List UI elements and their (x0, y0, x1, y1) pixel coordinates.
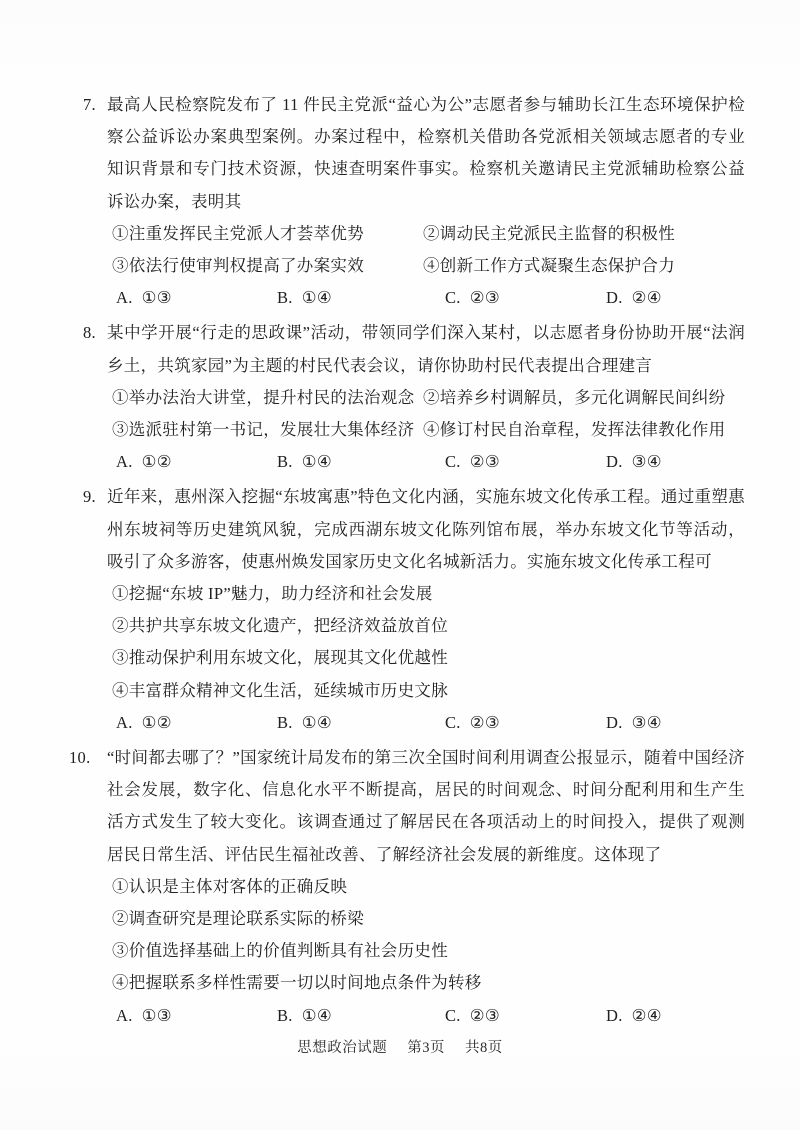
choice-D: D.③④ (606, 707, 662, 739)
exam-page: 7.最高人民检察院发布了 11 件民主党派“益心为公”志愿者参与辅助长江生态环境… (0, 0, 800, 1130)
statement-4: ④把握联系多样性需要一切以时间地点条件为转移 (112, 967, 745, 999)
question-7-statements: ①注重发挥民主党派人才荟萃优势 ②调动民主党派民主监督的积极性 ③依法行使审判权… (83, 218, 745, 282)
statement-1: ①举办法治大讲堂，提升村民的法治观念 (112, 382, 423, 414)
question-9: 9.近年来，惠州深入挖掘“东坡寓惠”特色文化内涵，实施东坡文化传承工程。通过重塑… (83, 481, 745, 739)
choice-A: A.①③ (116, 1000, 172, 1032)
question-8-choices: A.①② B.①④ C.②③ D.③④ (83, 446, 745, 478)
question-8: 8.某中学开展“行走的思政课”活动，带领同学们深入某村，以志愿者身份协助开展“法… (83, 317, 745, 478)
choice-A: A.①② (116, 446, 172, 478)
choice-A: A.①③ (116, 282, 172, 314)
choice-B: B.①④ (277, 1000, 332, 1032)
question-10-stem: 10.“时间都去哪了？”国家统计局发布的第三次全国时间利用调查公报显示，随着中国… (83, 742, 745, 871)
statement-2: ②调动民主党派民主监督的积极性 (423, 218, 745, 250)
statement-2: ②调查研究是理论联系实际的桥梁 (112, 903, 745, 935)
footer-page-number: 第3页 (407, 1040, 445, 1056)
choice-D: D.②④ (606, 282, 662, 314)
question-10-choices: A.①③ B.①④ C.②③ D.②④ (83, 1000, 745, 1032)
choice-C: C.②③ (445, 707, 500, 739)
question-7-number: 7. (83, 89, 96, 121)
footer-doc-title: 思想政治试题 (297, 1040, 387, 1056)
question-7-choices: A.①③ B.①④ C.②③ D.②④ (83, 282, 745, 314)
question-10: 10.“时间都去哪了？”国家统计局发布的第三次全国时间利用调查公报显示，随着中国… (83, 742, 745, 1032)
statement-1: ①认识是主体对客体的正确反映 (112, 871, 745, 903)
statement-3: ③选派驻村第一书记，发展壮大集体经济 (112, 414, 423, 446)
statement-3: ③依法行使审判权提高了办案实效 (112, 250, 423, 282)
statement-4: ④丰富群众精神文化生活，延续城市历史文脉 (112, 675, 745, 707)
question-9-choices: A.①② B.①④ C.②③ D.③④ (83, 707, 745, 739)
statement-3: ③价值选择基础上的价值判断具有社会历史性 (112, 935, 745, 967)
footer-page-total: 共8页 (465, 1040, 503, 1056)
choice-A: A.①② (116, 707, 172, 739)
exam-content: 7.最高人民检察院发布了 11 件民主党派“益心为公”志愿者参与辅助长江生态环境… (0, 0, 800, 1032)
question-10-statements: ①认识是主体对客体的正确反映 ②调查研究是理论联系实际的桥梁 ③价值选择基础上的… (83, 871, 745, 1000)
question-9-statements: ①挖掘“东坡 IP”魅力，助力经济和社会发展 ②共护共享东坡文化遗产，把经济效益… (83, 578, 745, 707)
question-8-number: 8. (83, 317, 96, 349)
question-7-text: 最高人民检察院发布了 11 件民主党派“益心为公”志愿者参与辅助长江生态环境保护… (107, 95, 745, 211)
question-9-text: 近年来，惠州深入挖掘“东坡寓惠”特色文化内涵，实施东坡文化传承工程。通过重塑惠州… (107, 487, 745, 570)
question-10-number: 10. (69, 742, 91, 774)
statement-3: ③推动保护利用东坡文化，展现其文化优越性 (112, 642, 745, 674)
question-9-stem: 9.近年来，惠州深入挖掘“东坡寓惠”特色文化内涵，实施东坡文化传承工程。通过重塑… (83, 481, 745, 578)
statement-2: ②培养乡村调解员，多元化调解民间纠纷 (423, 382, 745, 414)
statement-4: ④修订村民自治章程，发挥法律教化作用 (423, 414, 745, 446)
choice-B: B.①④ (277, 446, 332, 478)
question-10-text: “时间都去哪了？”国家统计局发布的第三次全国时间利用调查公报显示，随着中国经济社… (107, 748, 745, 864)
choice-B: B.①④ (277, 282, 332, 314)
question-8-stem: 8.某中学开展“行走的思政课”活动，带领同学们深入某村，以志愿者身份协助开展“法… (83, 317, 745, 381)
choice-C: C.②③ (445, 1000, 500, 1032)
choice-C: C.②③ (445, 282, 500, 314)
question-9-number: 9. (83, 481, 96, 513)
statement-4: ④创新工作方式凝聚生态保护合力 (423, 250, 745, 282)
question-7: 7.最高人民检察院发布了 11 件民主党派“益心为公”志愿者参与辅助长江生态环境… (83, 89, 745, 314)
choice-D: D.③④ (606, 446, 662, 478)
question-8-text: 某中学开展“行走的思政课”活动，带领同学们深入某村，以志愿者身份协助开展“法润乡… (107, 323, 745, 374)
choice-C: C.②③ (445, 446, 500, 478)
statement-1: ①挖掘“东坡 IP”魅力，助力经济和社会发展 (112, 578, 745, 610)
choice-D: D.②④ (606, 1000, 662, 1032)
choice-B: B.①④ (277, 707, 332, 739)
statement-1: ①注重发挥民主党派人才荟萃优势 (112, 218, 423, 250)
page-footer: 思想政治试题第3页共8页 (0, 1036, 800, 1057)
question-7-stem: 7.最高人民检察院发布了 11 件民主党派“益心为公”志愿者参与辅助长江生态环境… (83, 89, 745, 218)
statement-2: ②共护共享东坡文化遗产，把经济效益放首位 (112, 610, 745, 642)
question-8-statements: ①举办法治大讲堂，提升村民的法治观念 ②培养乡村调解员，多元化调解民间纠纷 ③选… (83, 382, 745, 446)
